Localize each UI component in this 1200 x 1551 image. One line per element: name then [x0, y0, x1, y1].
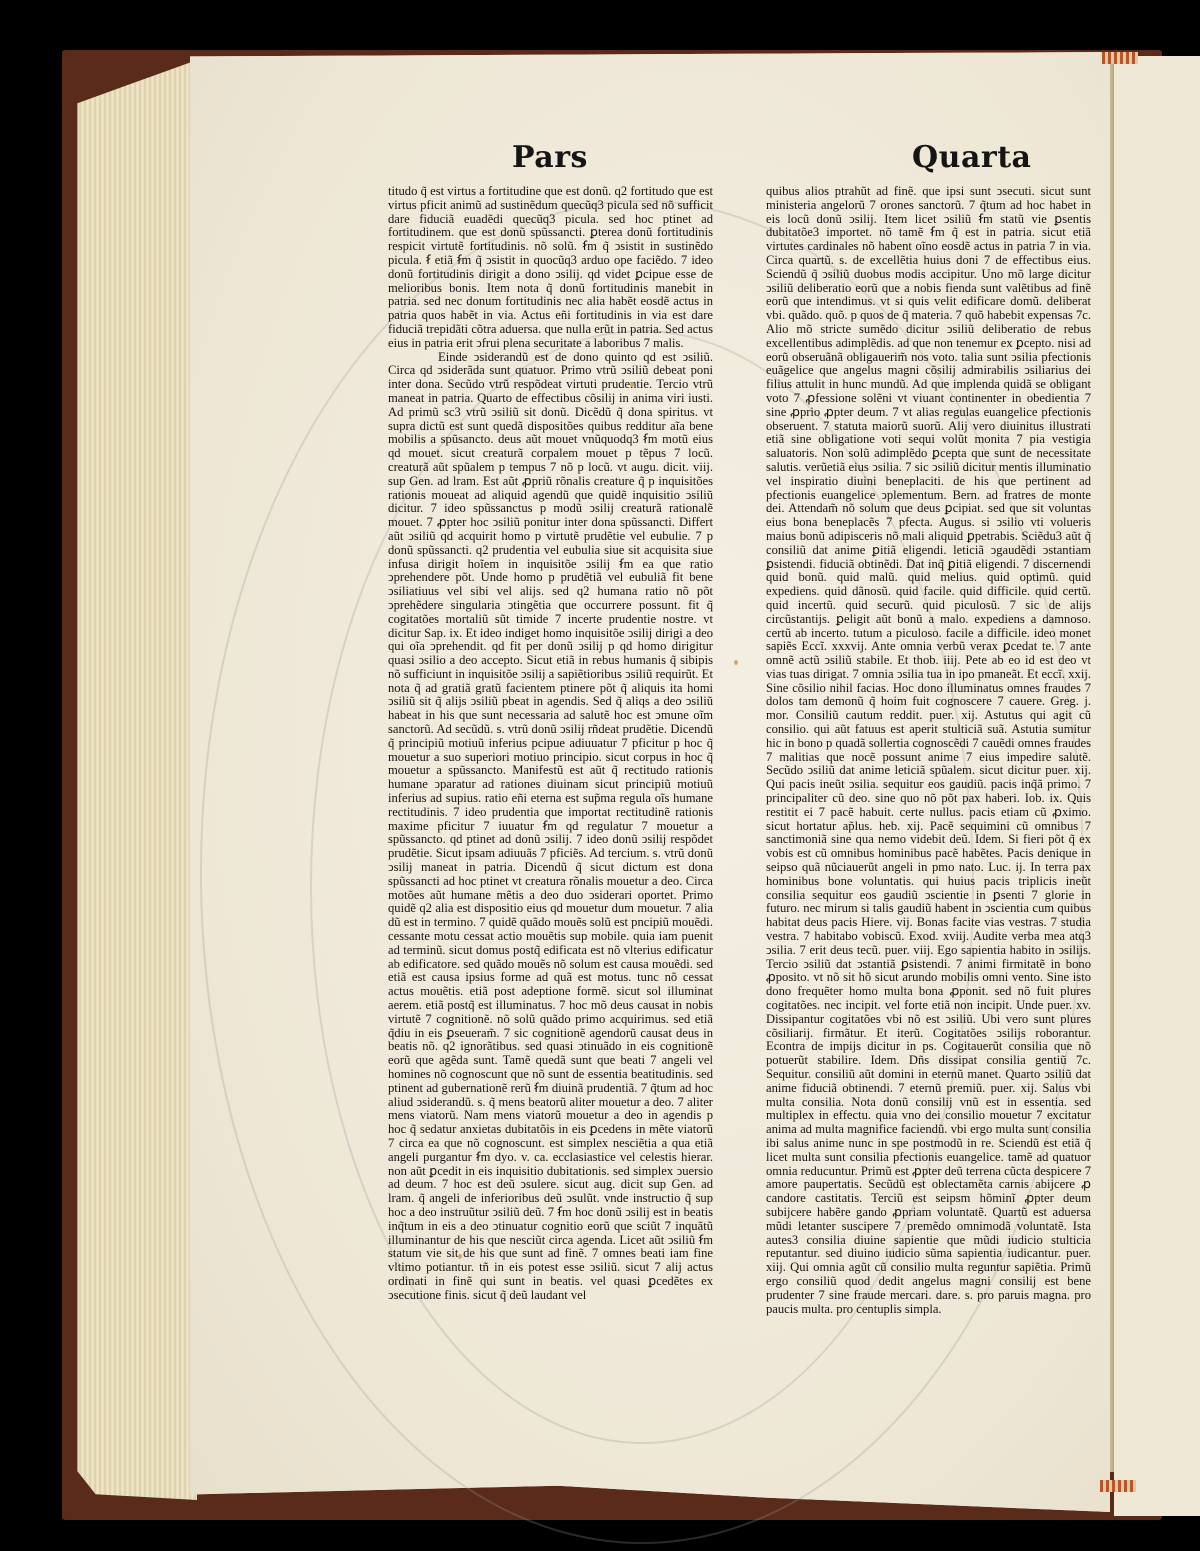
facing-page-edge — [1114, 56, 1200, 1516]
paragraph: Einde ↄsiderandũ est de dono quinto qd e… — [388, 351, 713, 1303]
paragraph: quibus alios ptrahũt ad finẽ. que ipsi s… — [766, 185, 1091, 1316]
foxing-spot — [458, 1254, 462, 1259]
paragraph: titudo q̃ est virtus a fortitudine que e… — [388, 185, 713, 351]
text-column-left: titudo q̃ est virtus a fortitudine que e… — [388, 185, 713, 1303]
running-head-right: Quarta — [912, 140, 1031, 175]
running-head-left: Pars — [512, 140, 588, 175]
ink-spot — [630, 382, 634, 387]
foxing-spot — [734, 660, 738, 665]
page-edges-stack — [67, 60, 197, 1500]
headband-bottom — [1100, 1480, 1136, 1492]
text-column-right: quibus alios ptrahũt ad finẽ. que ipsi s… — [766, 185, 1091, 1316]
headband-top — [1102, 52, 1138, 64]
